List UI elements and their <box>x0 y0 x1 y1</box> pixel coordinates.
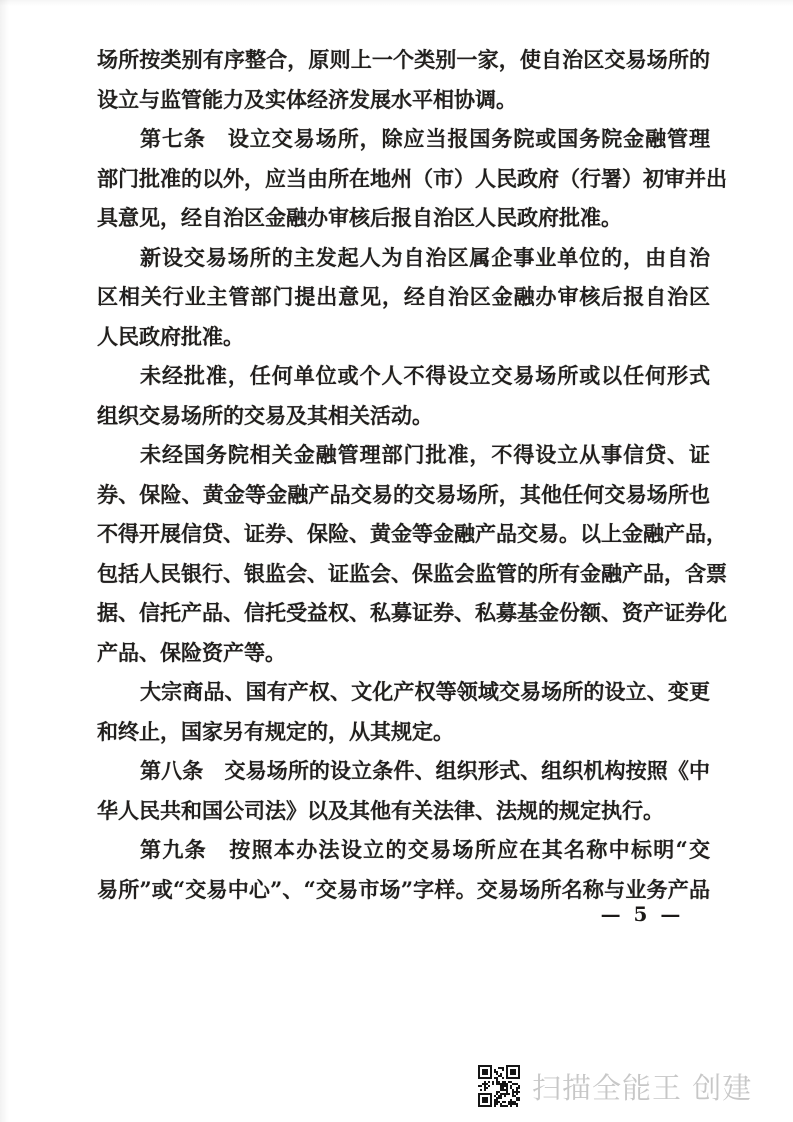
text-line: 场所按类别有序整合，原则上一个类别一家，使自治区交易场所的 <box>97 40 710 80</box>
text-line: 第九条 按照本办法设立的交易场所应在其名称中标明“交 <box>97 830 710 870</box>
page-number: — 5 — <box>591 902 693 926</box>
text-line: 不得开展信贷、证券、保险、黄金等金融产品交易。以上金融产品， <box>97 514 710 554</box>
text-line: 据、信托产品、信托受益权、私募证券、私募基金份额、资产证券化 <box>97 593 710 633</box>
text-line: 券、保险、黄金等金融产品交易的交易场所，其他任何交易场所也 <box>97 475 710 515</box>
watermark-text: 扫描全能王 创建 <box>532 1066 752 1107</box>
article-eight-label: 第八条 <box>140 758 203 783</box>
text-line: 包括人民银行、银监会、证监会、保监会监管的所有金融产品，含票 <box>97 554 710 594</box>
text-line: 新设交易场所的主发起人为自治区属企事业单位的，由自治 <box>97 238 710 278</box>
article-text: 设立交易场所，除应当报国务院或国务院金融管理 <box>206 126 710 151</box>
article-nine-label: 第九条 <box>140 837 207 862</box>
text-line: 具意见，经自治区金融办审核后报自治区人民政府批准。 <box>97 198 710 238</box>
article-text: 交易场所的设立条件、组织形式、组织机构按照《中 <box>203 758 710 783</box>
text-line: 第七条 设立交易场所，除应当报国务院或国务院金融管理 <box>97 119 710 159</box>
document-text: 场所按类别有序整合，原则上一个类别一家，使自治区交易场所的 设立与监管能力及实体… <box>97 40 710 909</box>
text-line: 第八条 交易场所的设立条件、组织形式、组织机构按照《中 <box>97 751 710 791</box>
text-line: 未经批准，任何单位或个人不得设立交易场所或以任何形式 <box>97 356 710 396</box>
document-page: 场所按类别有序整合，原则上一个类别一家，使自治区交易场所的 设立与监管能力及实体… <box>0 0 793 1122</box>
article-seven-label: 第七条 <box>140 126 206 151</box>
text-line: 区相关行业主管部门提出意见，经自治区金融办审核后报自治区 <box>97 277 710 317</box>
text-line: 产品、保险资产等。 <box>97 633 710 673</box>
scanner-watermark: 扫描全能王 创建 <box>477 1061 752 1111</box>
text-line: 人民政府批准。 <box>97 317 710 357</box>
text-line: 未经国务院相关金融管理部门批准，不得设立从事信贷、证 <box>97 435 710 475</box>
text-line: 部门批准的以外，应当由所在地州（市）人民政府（行署）初审并出 <box>97 159 710 199</box>
text-line: 组织交易场所的交易及其相关活动。 <box>97 396 710 436</box>
text-line: 大宗商品、国有产权、文化产权等领域交易场所的设立、变更 <box>97 672 710 712</box>
article-text: 按照本办法设立的交易场所应在其名称中标明“交 <box>207 837 710 862</box>
text-line: 和终止，国家另有规定的，从其规定。 <box>97 712 710 752</box>
text-line: 华人民共和国公司法》以及其他有关法律、法规的规定执行。 <box>97 791 710 831</box>
qr-code-icon <box>477 1062 521 1110</box>
text-line: 设立与监管能力及实体经济发展水平相协调。 <box>97 80 710 120</box>
